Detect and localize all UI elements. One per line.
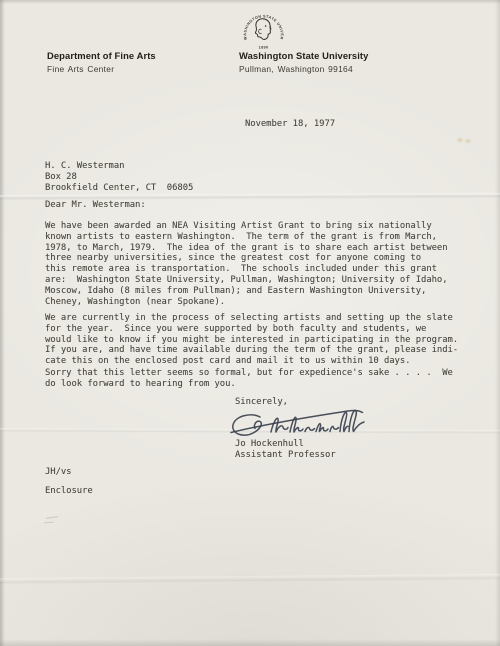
letterhead-address: Pullman, Washington 99164 [239, 64, 353, 74]
signer-name: Jo Hockenhull [235, 439, 304, 450]
paper-crease [0, 574, 500, 584]
body-paragraph-1: We have been awarded an NEA Visiting Art… [45, 221, 448, 307]
university-seal-icon: WASHINGTON STATE UNIVERSITY 1890 [240, 7, 287, 54]
recipient-address: H. C. Westerman Box 28 Brookfield Center… [45, 161, 193, 193]
date-line: November 18, 1977 [245, 119, 335, 130]
signer-title: Assistant Professor [235, 450, 336, 461]
letterhead-university: Washington State University [239, 50, 368, 61]
body-paragraph-2: We are currently in the process of selec… [45, 313, 458, 367]
body-paragraph-3: Sorry that this letter seems so formal, … [45, 368, 453, 390]
scanned-letter: WASHINGTON STATE UNIVERSITY 1890 Departm… [0, 0, 500, 646]
seal-year: 1890 [259, 46, 269, 50]
paper-crease [0, 193, 500, 200]
svg-text:WASHINGTON STATE UNIVERSITY: WASHINGTON STATE UNIVERSITY [240, 7, 284, 40]
salutation: Dear Mr. Westerman: [45, 200, 146, 211]
enclosure-note: Enclosure [45, 486, 93, 497]
pencil-smudge [44, 515, 62, 525]
typist-initials: JH/vs [45, 467, 71, 478]
seal-head-profile [255, 19, 270, 40]
letterhead-department: Department of Fine Arts [47, 50, 156, 61]
seal-ring-text: WASHINGTON STATE UNIVERSITY [240, 7, 284, 40]
paper-stain [454, 133, 474, 147]
letterhead-building: Fine Arts Center [47, 64, 114, 74]
